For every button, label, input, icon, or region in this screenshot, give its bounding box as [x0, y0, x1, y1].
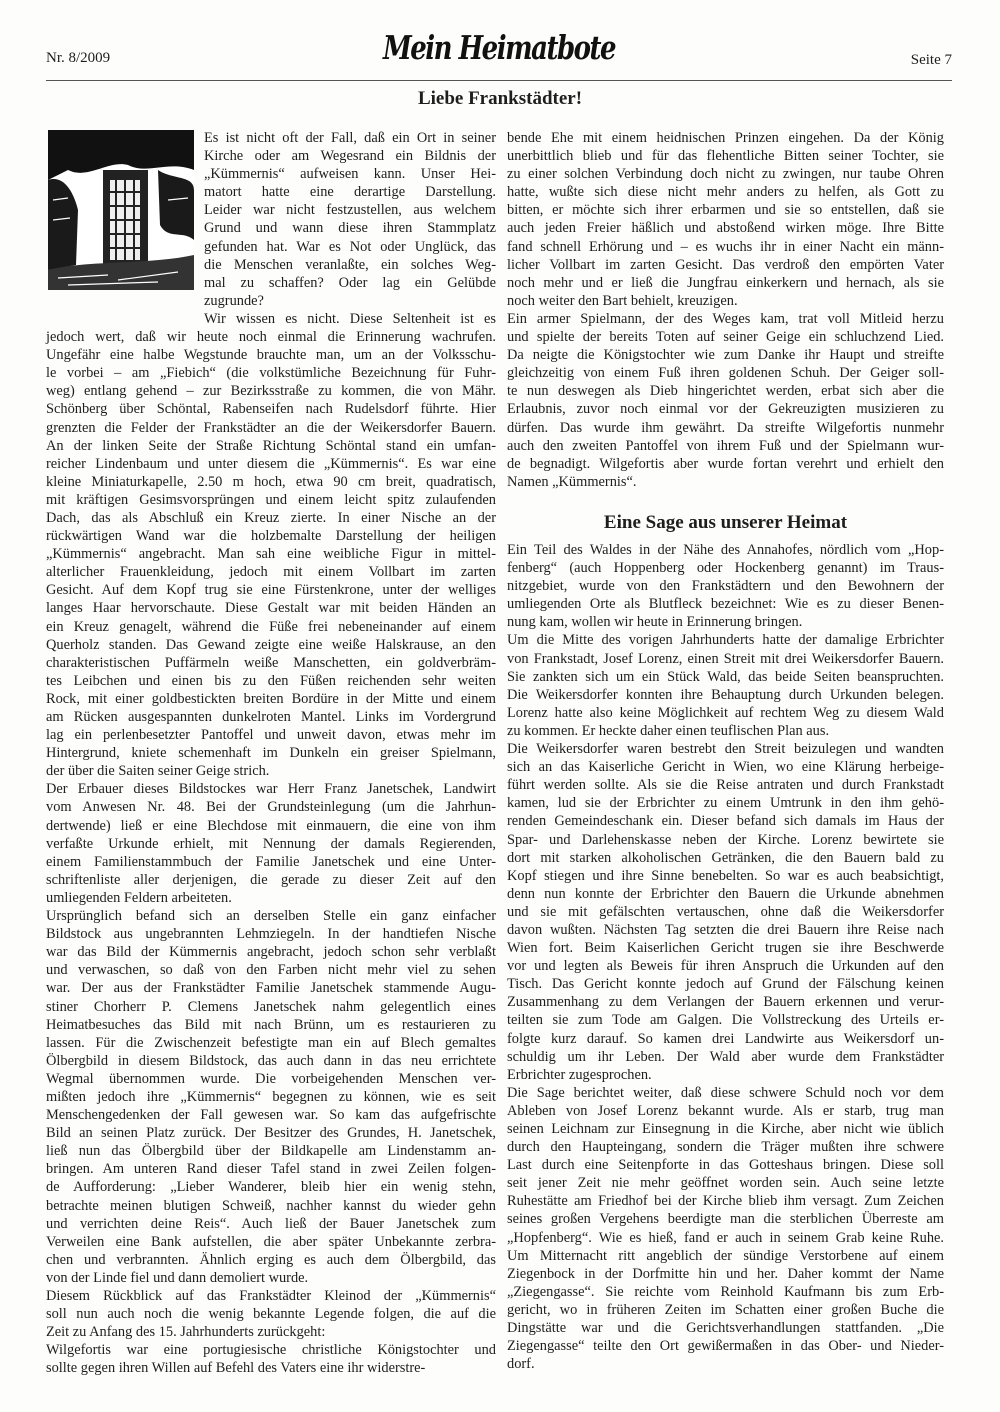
text-line: „Kümmernis“ angebracht. Man sah eine wei… [46, 545, 496, 563]
text-line: chen und verbrannten. Ähnlich erging es … [46, 1251, 496, 1269]
text-line: Last durch eine Seitenpforte in das Gott… [507, 1156, 944, 1174]
text-line: Um die Mitte des vorigen Jahrhunderts ha… [507, 631, 944, 649]
text-line: Gesicht. Auf dem Kopf trug sie eine Fürs… [46, 581, 496, 599]
page-header: Nr. 8/2009 Mein Heimatbote Seite 7 [46, 34, 952, 81]
text-line: dertwende) ließ er eine Blechdose mit ei… [46, 817, 496, 835]
text-line: vor und legten als Beweis für ihren Ansp… [507, 957, 944, 975]
text-line: Der Erbauer dieses Bildstockes war Herr … [46, 780, 496, 798]
text-line: Leider war nicht festzustellen, aus welc… [204, 201, 496, 219]
text-line: gleichzeitig von einem Fuß ihren goldene… [507, 364, 944, 382]
text-line: schriftenliste aller derjenigen, die ger… [46, 871, 496, 889]
text-line: von der Linde fiel und dann demoliert wu… [46, 1269, 496, 1287]
text-line: dort mit starken alkoholischen Getränken… [507, 849, 944, 867]
text-line: Ein armer Spielmann, der des Weges kam, … [507, 310, 944, 328]
text-line: Wegmal übernommen wurde. Die vorbeigehen… [46, 1070, 496, 1088]
text-line: gefunden hat. War es Not oder Unglück, d… [204, 238, 496, 256]
text-line: fand schnell Erhörung und – es wuchs ihr… [507, 238, 944, 256]
text-line: An der linken Seite der Straße Richtung … [46, 437, 496, 455]
text-line: einem Familienstammbuch der Familie Jane… [46, 853, 496, 871]
sage-article-title: Eine Sage aus unserer Heimat [507, 512, 944, 534]
text-line: hatte, wußte sich diese nicht mehr ander… [507, 183, 944, 201]
text-line: Menschengedenken der Fall gewesen war. S… [46, 1106, 496, 1124]
text-line: auch jeden Freier häßlich und abstoßend … [507, 219, 944, 237]
text-line: le vorbei – am „Fiebich“ (die volkstümli… [46, 364, 496, 382]
masthead-logo: Mein Heimatbote [383, 30, 615, 68]
page-number: Seite 7 [911, 52, 952, 69]
text-line: und sie mit gefälschten vertauschen, ohn… [507, 903, 944, 921]
text-line: teilten sie zum Tode am Galgen. Die Voll… [507, 1011, 944, 1029]
text-line: noch mehr und er ließ die Jungfrau einke… [507, 274, 944, 292]
text-line: sollte gegen ihren Willen auf Befehl des… [46, 1359, 496, 1377]
text-line: dorf. [507, 1355, 944, 1373]
text-line: Lorenz hatte also keine Möglichkeit auf … [507, 704, 944, 722]
text-line: noch weiter den Bart behielt, kreuzigen. [507, 292, 944, 310]
text-line: Querholz standen. Das Gewand zeigte eine… [46, 636, 496, 654]
text-line: bende Ehe mit einem heidnischen Prinzen … [507, 129, 944, 147]
text-line: Da neigte die Königstochter wie zum Dank… [507, 346, 944, 364]
text-line: langes Haar hervorschaute. Diese Gestalt… [46, 599, 496, 617]
issue-number: Nr. 8/2009 [46, 50, 110, 67]
text-line: Ursprünglich befand sich an derselben St… [46, 907, 496, 925]
text-line: Tisch. Das Gericht konnte jedoch auf Gru… [507, 975, 944, 993]
text-line: Ein Teil des Waldes in der Nähe des Anna… [507, 541, 944, 559]
text-line: charakteristischen Puffärmeln weiße Mans… [46, 654, 496, 672]
text-line: nitzgebiet, wurde von den Frankstädtern … [507, 577, 944, 595]
text-line: Dach, das als Abschluß ein Kreuz zierte.… [46, 509, 496, 527]
text-line: Zusammenhang zu dem Verlangen der Bauern… [507, 993, 944, 1011]
text-line: licher Vollbart im zarten Gesicht. Das v… [507, 256, 944, 274]
text-line: alterlicher Frauenkleidung, jedoch mit e… [46, 563, 496, 581]
text-line: Heimatbesuches das Bild mit nach Brünn, … [46, 1016, 496, 1034]
text-line: mißten jedoch ihre „Kümmernis“ begegnen … [46, 1088, 496, 1106]
sage-article-text: Ein Teil des Waldes in der Nähe des Anna… [507, 541, 944, 1373]
text-line: gericht, wo in früheren Zeiten im Schatt… [507, 1301, 944, 1319]
text-line: seines großen Vergehens beerdigte man di… [507, 1210, 944, 1228]
text-line: dürfen. Das wurde ihm gewährt. Da streif… [507, 419, 944, 437]
text-line: nung kam, wollen wir heute in Erinnerung… [507, 613, 944, 631]
text-line: unerbittlich blieb und für das flehentli… [507, 147, 944, 165]
text-line: Die Weikersdorfer konnten ihre Behauptun… [507, 686, 944, 704]
text-line: Verweilen eine Bank aufstellen, die aber… [46, 1233, 496, 1251]
text-line: soll nun auch noch die wenig bekannte Le… [46, 1305, 496, 1323]
text-line: Namen „Kümmernis“. [507, 473, 944, 491]
text-line: Kopf stiegen und ihre Sinne benebelten. … [507, 867, 944, 885]
text-line: „Hopfenberg“. Wie es hieß, fand er auch … [507, 1229, 944, 1247]
text-line: am Rücken ausgespannten dunkelroten Mant… [46, 708, 496, 726]
text-line: Um Mitternacht ritt angeblich der sündig… [507, 1247, 944, 1265]
text-line: Hintergrund, kniete schemenhaft im Dunke… [46, 744, 496, 762]
text-line: Grund und wann diese ihren Stammplatz [204, 219, 496, 237]
text-line: Es ist nicht oft der Fall, daß ein Ort i… [204, 129, 496, 147]
text-line: seinen Leichnam zur Einsegnung in die Ki… [507, 1120, 944, 1138]
text-line: zu einer solchen Verbindung doch nicht z… [507, 165, 944, 183]
text-line: von Frankstadt, Josef Lorenz, einen Stre… [507, 650, 944, 668]
text-line: lag ein perlenbesetzter Pantoffel und un… [46, 726, 496, 744]
text-line: Sie zankten sich um ein Stück Wald, das … [507, 668, 944, 686]
text-line: Erlaubnis, zuvor noch einmal vor der Gek… [507, 400, 944, 418]
text-line: bitten, er möchte sich ihrer erbarmen un… [507, 201, 944, 219]
text-line: Ruhestätte am Friedhof bei der Kirche bl… [507, 1192, 944, 1210]
text-line: und verrichten deine Reis“. Auch ließ de… [46, 1215, 496, 1233]
text-line: fenberg“ (auch Hoppenberg oder Hockenber… [507, 559, 944, 577]
text-line: Wien fort. Beim Kaiserlichen Gericht tru… [507, 939, 944, 957]
text-line: rückwärtigen Wand war die holzbemalte Da… [46, 527, 496, 545]
text-line: Kirche oder am Wegesrand ein Bildnis der [204, 147, 496, 165]
text-line: Die Weikersdorfer waren bestrebt den Str… [507, 740, 944, 758]
text-line: Wir wissen es nicht. Diese Seltenheit is… [204, 310, 496, 328]
text-line: schuldig um ihr Leben. Der Wald aber wur… [507, 1048, 944, 1066]
text-line: Rock, mit einer goldbestickten breiten B… [46, 690, 496, 708]
text-line: Ableben von Josef Lorenz bekannt wurde. … [507, 1102, 944, 1120]
text-line: und verwaschen, so daß von den Farben ni… [46, 961, 496, 979]
text-line: und spielte der bereits Toten auf seiner… [507, 328, 944, 346]
text-line: „Ziegengasse“. Sie reichte vom Reinhold … [507, 1283, 944, 1301]
text-line: denn nun konnte der Erbrichter den Bauer… [507, 885, 944, 903]
text-line: lassen. Für die Zwischenzeit befestigte … [46, 1034, 496, 1052]
text-line: Ziegenbock in der Dorfmitte hin und her.… [507, 1265, 944, 1283]
text-line: ein Kreuz genagelt, während die Füße fre… [46, 618, 496, 636]
text-line: kleine Miniaturkapelle, 2.50 m hoch, etw… [46, 473, 496, 491]
text-line: verfaßte Urkunde erhielt, mit Nennung de… [46, 835, 496, 853]
text-line: auch den zweiten Pantoffel von ihrem Fuß… [507, 437, 944, 455]
right-column-legend-text: bende Ehe mit einem heidnischen Prinzen … [507, 129, 944, 491]
text-line: Die Sage berichtet weiter, daß diese sch… [507, 1084, 944, 1102]
text-line: davon wußten. Nächsten Tag setzten die d… [507, 921, 944, 939]
text-line: Schönberg über Schöntal, Rabenseifen nac… [46, 400, 496, 418]
text-line: die Menschen veranlaßte, ein solches Weg… [204, 256, 496, 274]
text-line: umliegenden Orte als Blutfleck bezeichne… [507, 595, 944, 613]
text-line: Diesem Rückblick auf das Frankstädter Kl… [46, 1287, 496, 1305]
text-line: betrachte meinen blutigen Schweiß, nachh… [46, 1197, 496, 1215]
text-line: Erbrichter zugesprochen. [507, 1066, 944, 1084]
text-line: jedoch wert, daß wir heute noch einmal d… [46, 328, 496, 346]
text-line: kamen, lud sie der Erbrichter zu einem U… [507, 794, 944, 812]
text-line: Ölbergbild in diesem Bildstock, das auch… [46, 1052, 496, 1070]
text-line: Ungefähr eine halbe Wegstunde brauchte m… [46, 346, 496, 364]
text-line: „Kümmernis“ aufweisen kann. Unser Hei- [204, 165, 496, 183]
text-line: zugrunde? [204, 292, 496, 310]
text-line: stiner Chorherr P. Clemens Janetschek na… [46, 998, 496, 1016]
text-line: durch den Haupteingang, sondern die Träg… [507, 1138, 944, 1156]
text-line: seit jener Zeit nie mehr geöffnet worden… [507, 1174, 944, 1192]
text-line: tes Leibchen und einen bis zu den Füßen … [46, 672, 496, 690]
text-line: Dingstätte war und die Gerichtsverhandlu… [507, 1319, 944, 1337]
text-line: renden Gemeindeschank ein. Dieser befand… [507, 812, 944, 830]
text-line: Wilgefortis war eine portugiesische chri… [46, 1341, 496, 1359]
text-line: der über die Saiten seiner Geige strich. [46, 762, 496, 780]
text-line: führt werden sollte. Als sie die Reise a… [507, 776, 944, 794]
text-line: umliegenden Feldern arbeiteten. [46, 889, 496, 907]
text-line: ließ nun das Ölbergbild über der Bildkap… [46, 1142, 496, 1160]
text-line: de Aufforderung: „Lieber Wanderer, bleib… [46, 1178, 496, 1196]
text-line: de begnadigt. Wilgefortis aber wurde for… [507, 455, 944, 473]
article-title: Liebe Frankstädter! [0, 88, 1000, 110]
left-column-text: Es ist nicht oft der Fall, daß ein Ort i… [46, 129, 496, 1377]
text-line: Bild an seinen Platz zurück. Der Besitze… [46, 1124, 496, 1142]
text-line: weg) entlang gehend – zur Bezirksstraße … [46, 382, 496, 400]
text-line: Zeit zu Anfang des 15. Jahrhunderts zurü… [46, 1323, 496, 1341]
text-line: war das Bild der Kümmernis angebracht, j… [46, 943, 496, 961]
text-line: bringen. Am unteren Rand dieser Tafel st… [46, 1160, 496, 1178]
text-line: reicher Lindenbaum und unter diesem die … [46, 455, 496, 473]
text-line: zu kommen. Er heckte daher einen teuflis… [507, 722, 944, 740]
text-line: Bildstock aus ungebrannten Lehmziegeln. … [46, 925, 496, 943]
text-line: sich an das Kaiserliche Gericht in Wien,… [507, 758, 944, 776]
text-line: grenzten die Felder der Frankstädter an … [46, 419, 496, 437]
text-line: war. Der aus der Frankstädter Familie Ja… [46, 979, 496, 997]
text-line: matort hatte eine derartige Darstellung. [204, 183, 496, 201]
text-line: Ziegengasse“ teilte den Ort gewißermaßen… [507, 1337, 944, 1355]
text-line: mal zu schaffen? Oder lag ein Gelübde [204, 274, 496, 292]
text-line: Spar- und Darlehenskasse neben der Kirch… [507, 831, 944, 849]
text-line: mit kräftigen Gesimsvorsprüngen und eine… [46, 491, 496, 509]
text-line: folgte kurz darauf. So kamen drei Landwi… [507, 1030, 944, 1048]
text-line: vom Anwesen Nr. 48. Bei der Grundsteinle… [46, 798, 496, 816]
text-line: te nun deswegen als Dieb hingerichtet we… [507, 382, 944, 400]
